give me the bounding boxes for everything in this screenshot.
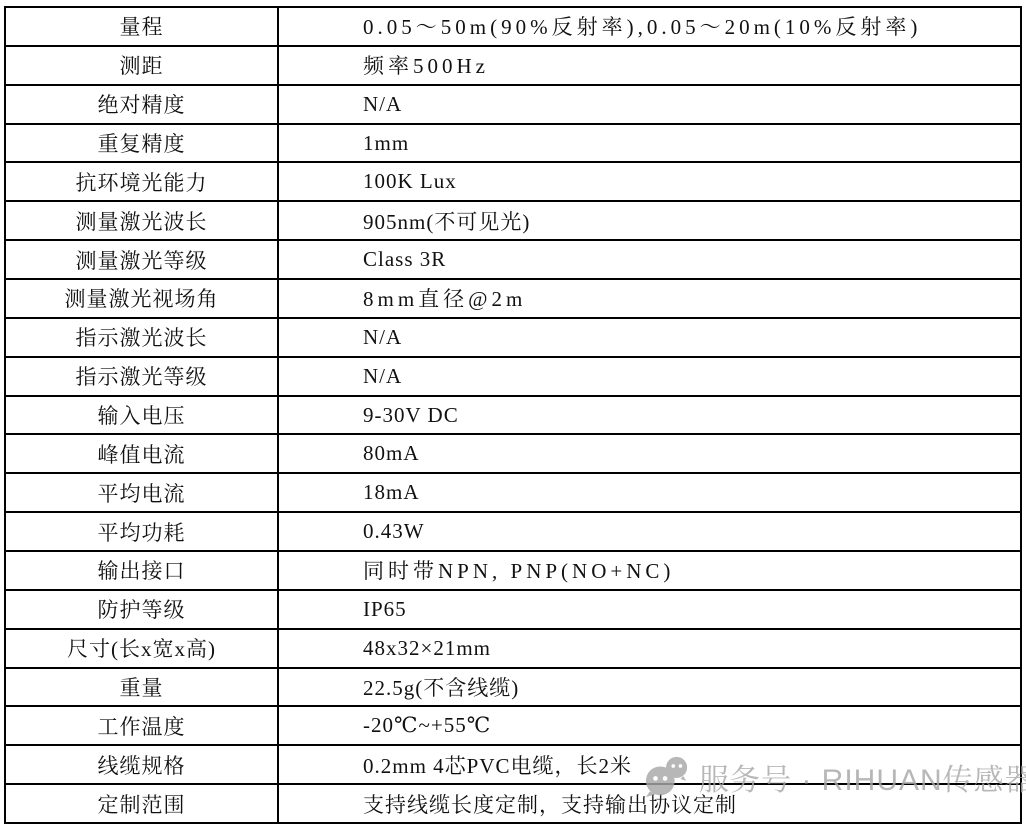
table-row: 重复精度 1mm (6, 125, 1020, 164)
param-label: 平均电流 (6, 474, 279, 511)
param-value: 1mm (279, 125, 1020, 162)
param-value: 0.43W (279, 513, 1020, 550)
param-value: 22.5g(不含线缆) (279, 669, 1020, 706)
param-label: 重量 (6, 669, 279, 706)
param-value: N/A (279, 358, 1020, 395)
param-label: 线缆规格 (6, 746, 279, 783)
param-label: 平均功耗 (6, 513, 279, 550)
param-value: 905nm(不可见光) (279, 202, 1020, 239)
param-value: 频率500Hz (279, 47, 1020, 84)
table-row: 防护等级 IP65 (6, 591, 1020, 630)
param-label: 测量激光视场角 (6, 280, 279, 317)
param-label: 输出接口 (6, 552, 279, 589)
param-value: IP65 (279, 591, 1020, 628)
table-row: 平均功耗 0.43W (6, 513, 1020, 552)
param-label: 防护等级 (6, 591, 279, 628)
param-value: 支持线缆长度定制，支持输出协议定制 (279, 785, 1020, 822)
param-value: 0.05～50m(90%反射率),0.05～20m(10%反射率) (279, 8, 1020, 45)
param-label: 测量激光波长 (6, 202, 279, 239)
param-value: 同时带NPN, PNP(NO+NC) (279, 552, 1020, 589)
table-row: 工作温度 -20℃~+55℃ (6, 707, 1020, 746)
param-label: 尺寸(长x宽x高) (6, 630, 279, 667)
param-value: Class 3R (279, 241, 1020, 278)
param-value: 9-30V DC (279, 397, 1020, 434)
param-value: 8mm直径@2m (279, 280, 1020, 317)
param-value: 100K Lux (279, 163, 1020, 200)
param-value: 18mA (279, 474, 1020, 511)
table-row: 峰值电流 80mA (6, 435, 1020, 474)
param-value: N/A (279, 86, 1020, 123)
param-label: 定制范围 (6, 785, 279, 822)
table-row: 测距 频率500Hz (6, 47, 1020, 86)
param-label: 工作温度 (6, 707, 279, 744)
param-label: 抗环境光能力 (6, 163, 279, 200)
table-row: 输出接口 同时带NPN, PNP(NO+NC) (6, 552, 1020, 591)
table-row: 尺寸(长x宽x高) 48x32×21mm (6, 630, 1020, 669)
table-row: 测量激光视场角 8mm直径@2m (6, 280, 1020, 319)
table-row: 测量激光等级 Class 3R (6, 241, 1020, 280)
table-row: 输入电压 9-30V DC (6, 397, 1020, 436)
table-row: 量程 0.05～50m(90%反射率),0.05～20m(10%反射率) (6, 8, 1020, 47)
table-row: 测量激光波长 905nm(不可见光) (6, 202, 1020, 241)
param-label: 测量激光等级 (6, 241, 279, 278)
table-row: 抗环境光能力 100K Lux (6, 163, 1020, 202)
param-label: 测距 (6, 47, 279, 84)
param-value: 48x32×21mm (279, 630, 1020, 667)
table-row: 指示激光等级 N/A (6, 358, 1020, 397)
table-row: 指示激光波长 N/A (6, 319, 1020, 358)
param-value: N/A (279, 319, 1020, 356)
param-value: 0.2mm 4芯PVC电缆，长2米 (279, 746, 1020, 783)
param-label: 峰值电流 (6, 435, 279, 472)
param-label: 指示激光等级 (6, 358, 279, 395)
param-label: 重复精度 (6, 125, 279, 162)
param-label: 绝对精度 (6, 86, 279, 123)
param-value: 80mA (279, 435, 1020, 472)
table-row: 定制范围 支持线缆长度定制，支持输出协议定制 (6, 785, 1020, 822)
param-value: -20℃~+55℃ (279, 707, 1020, 744)
table-row: 平均电流 18mA (6, 474, 1020, 513)
param-label: 输入电压 (6, 397, 279, 434)
param-label: 指示激光波长 (6, 319, 279, 356)
table-row: 绝对精度 N/A (6, 86, 1020, 125)
table-row: 重量 22.5g(不含线缆) (6, 669, 1020, 708)
spec-table: 量程 0.05～50m(90%反射率),0.05～20m(10%反射率) 测距 … (4, 6, 1022, 824)
param-label: 量程 (6, 8, 279, 45)
table-row: 线缆规格 0.2mm 4芯PVC电缆，长2米 (6, 746, 1020, 785)
